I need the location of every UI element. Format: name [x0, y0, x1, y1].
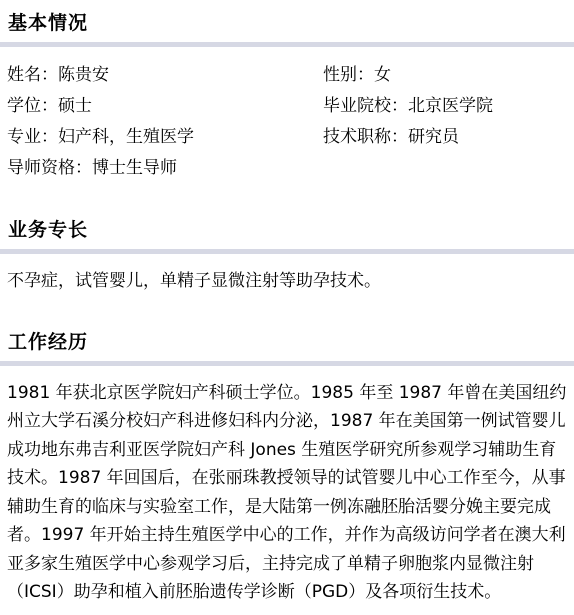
field-name: 姓名：陈贵安 [7, 60, 323, 91]
field-major-label: 专业： [7, 127, 58, 147]
field-gender-value: 女 [374, 65, 391, 85]
field-mentor-qualification: 导师资格：博士生导师 [7, 153, 323, 184]
section-expertise: 业务专长 不孕症，试管婴儿，单精子显微注射等助孕技术。 [7, 217, 567, 296]
expertise-title: 业务专长 [7, 217, 567, 243]
basic-info-title: 基本情况 [7, 10, 567, 36]
field-empty-cell [323, 153, 567, 184]
expertise-divider [0, 249, 574, 254]
expertise-content: 不孕症，试管婴儿，单精子显微注射等助孕技术。 [7, 267, 567, 296]
work-experience-content: 1981 年获北京医学院妇产科硕士学位。1985 年至 1987 年曾在美国纽约… [7, 379, 567, 607]
work-experience-title: 工作经历 [7, 329, 567, 355]
field-school-value: 北京医学院 [408, 96, 493, 116]
field-name-label: 姓名： [7, 65, 58, 85]
field-mentor-qualification-value: 博士生导师 [92, 158, 177, 178]
field-degree-label: 学位： [7, 96, 58, 116]
basic-info-fields: 姓名：陈贵安 性别：女 学位：硕士 毕业院校：北京医学院 专业：妇产科，生殖医学… [7, 60, 567, 184]
field-mentor-qualification-label: 导师资格： [7, 158, 92, 178]
profile-page: 基本情况 姓名：陈贵安 性别：女 学位：硕士 毕业院校：北京医学院 专业：妇产科… [0, 0, 574, 615]
field-degree: 学位：硕士 [7, 91, 323, 122]
field-gender-label: 性别： [323, 65, 374, 85]
work-experience-divider [0, 361, 574, 366]
section-basic-info: 基本情况 姓名：陈贵安 性别：女 学位：硕士 毕业院校：北京医学院 专业：妇产科… [7, 10, 567, 184]
section-work-experience: 工作经历 1981 年获北京医学院妇产科硕士学位。1985 年至 1987 年曾… [7, 329, 567, 607]
field-school-label: 毕业院校： [323, 96, 408, 116]
field-professional-title-label: 技术职称： [323, 127, 408, 147]
field-degree-value: 硕士 [58, 96, 92, 116]
field-name-value: 陈贵安 [58, 65, 109, 85]
field-gender: 性别：女 [323, 60, 567, 91]
basic-info-divider [0, 42, 574, 47]
field-school: 毕业院校：北京医学院 [323, 91, 567, 122]
field-professional-title-value: 研究员 [408, 127, 459, 147]
field-major: 专业：妇产科，生殖医学 [7, 122, 323, 153]
field-professional-title: 技术职称：研究员 [323, 122, 567, 153]
field-major-value: 妇产科，生殖医学 [58, 127, 194, 147]
